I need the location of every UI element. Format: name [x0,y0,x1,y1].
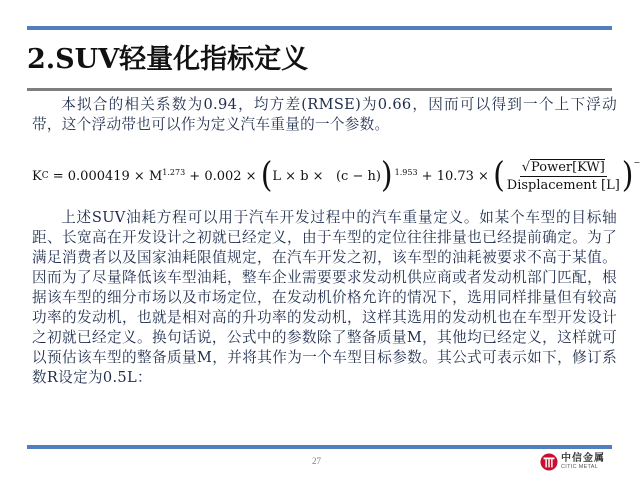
formula-term3: + 10.73 × [418,169,494,184]
formula-term2: + 0.002 × [185,169,261,184]
citic-logo-icon [540,453,558,471]
formula-exp1: 1.273 [162,168,185,177]
formula-lhs: K [32,169,42,184]
formula-inner: L × b × (c − h) [272,169,381,184]
logo-name-cn: 中信金属 [561,454,605,464]
numerator-text: Power[KW] [530,159,605,175]
weight-formula: KC = 0.000419 × M1.273 + 0.002 × ( L × b… [32,148,612,204]
page-number: 27 [312,456,321,466]
fraction-denominator: Displacement [L] [507,177,620,193]
close-paren: ) [381,159,393,194]
fraction-numerator: √Power[KW] [520,160,607,177]
slide-title: 2.SUV轻量化指标定义 [27,40,308,80]
bottom-accent-bar [27,445,612,449]
paragraph-intro: 本拟合的相关系数为0.94，均方差(RMSE)为0.66，因而可以得到一个上下浮… [32,95,617,135]
formula-lhs-sub: C [42,171,49,181]
open-paren: ( [261,159,273,194]
top-accent-bar [27,26,612,30]
paragraph-explanation: 上述SUV油耗方程可以用于汽车开发过程中的汽车重量定义。如某个车型的目标轴距、长… [32,208,617,388]
formula-term1: = 0.000419 × M [49,169,163,184]
logo-name-en: CITIC METAL [561,465,605,471]
formula-exp2: 1.953 [395,168,418,177]
close-paren-2: ) [622,159,634,194]
open-paren-2: ( [493,159,505,194]
power-fraction: √Power[KW] Displacement [L] [507,160,620,193]
title-divider [27,88,612,91]
formula-exp3: −0.656 [634,158,640,167]
company-logo: 中信金属 CITIC METAL [540,453,605,471]
